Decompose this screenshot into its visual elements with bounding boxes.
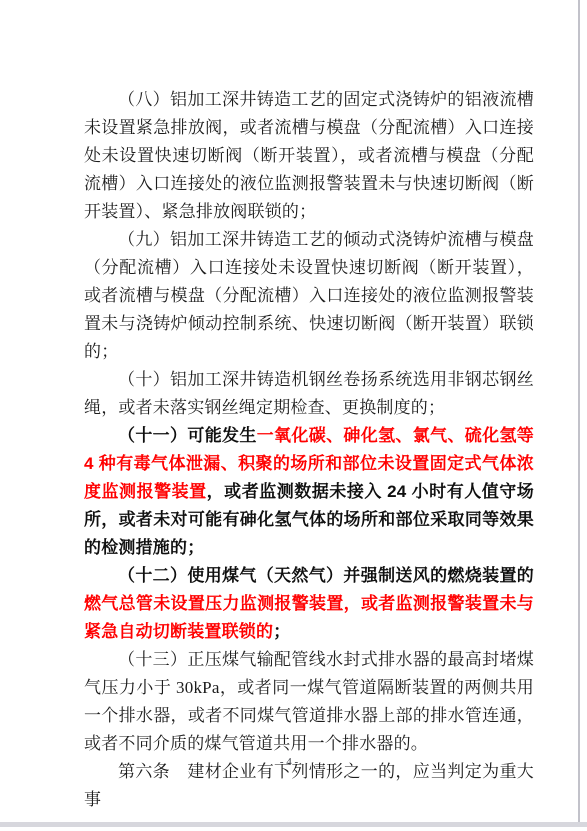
clause-item-11: （十一）可能发生一氧化碳、砷化氢、氯气、硫化氢等 4 种有毒气体泄漏、积聚的场所… (84, 422, 534, 562)
text-segment-black: （十三）正压煤气输配管线水封式排水器的最高封堵煤气压力小于 30kPa，或者同一… (84, 650, 534, 753)
text-segment-black: （十一）可能发生 (118, 426, 257, 445)
document-page: （八）铝加工深井铸造工艺的固定式浇铸炉的铝液流槽未设置紧急排放阀，或者流槽与模盘… (0, 0, 587, 831)
clause-item-12: （十二）使用煤气（天然气）并强制送风的燃烧装置的燃气总管未设置压力监测报警装置，… (84, 562, 534, 646)
text-segment-black: （十）铝加工深井铸造机钢丝卷扬系统选用非钢芯钢丝绳，或者未落实钢丝绳定期检查、更… (84, 370, 534, 417)
clause-item-10: （十）铝加工深井铸造机钢丝卷扬系统选用非钢芯钢丝绳，或者未落实钢丝绳定期检查、更… (84, 366, 534, 422)
page-number: - 4 - (0, 756, 578, 768)
text-segment-red: 燃气总管未设置压力监测报警装置，或者监测报警装置未与紧急自动切断装置联锁的 (84, 594, 534, 641)
text-segment-black: （十二）使用煤气（天然气）并强制送风的燃烧装置的 (118, 566, 534, 585)
clause-item-9: （九）铝加工深井铸造工艺的倾动式浇铸炉流槽与模盘（分配流槽）入口连接处未设置快速… (84, 226, 534, 366)
clause-item-8: （八）铝加工深井铸造工艺的固定式浇铸炉的铝液流槽未设置紧急排放阀，或者流槽与模盘… (84, 86, 534, 226)
document-body: （八）铝加工深井铸造工艺的固定式浇铸炉的铝液流槽未设置紧急排放阀，或者流槽与模盘… (84, 86, 534, 814)
page-edge-bottom (0, 822, 587, 827)
text-segment-black: （八）铝加工深井铸造工艺的固定式浇铸炉的铝液流槽未设置紧急排放阀，或者流槽与模盘… (84, 90, 534, 221)
text-segment-black: 第六条 建材企业有下列情形之一的，应当判定为重大事 (84, 762, 534, 809)
clause-item-13: （十三）正压煤气输配管线水封式排水器的最高封堵煤气压力小于 30kPa，或者同一… (84, 646, 534, 758)
text-segment-black: ； (273, 622, 290, 641)
text-segment-black: （九）铝加工深井铸造工艺的倾动式浇铸炉流槽与模盘（分配流槽）入口连接处未设置快速… (84, 230, 534, 361)
page-edge-right (578, 0, 580, 823)
